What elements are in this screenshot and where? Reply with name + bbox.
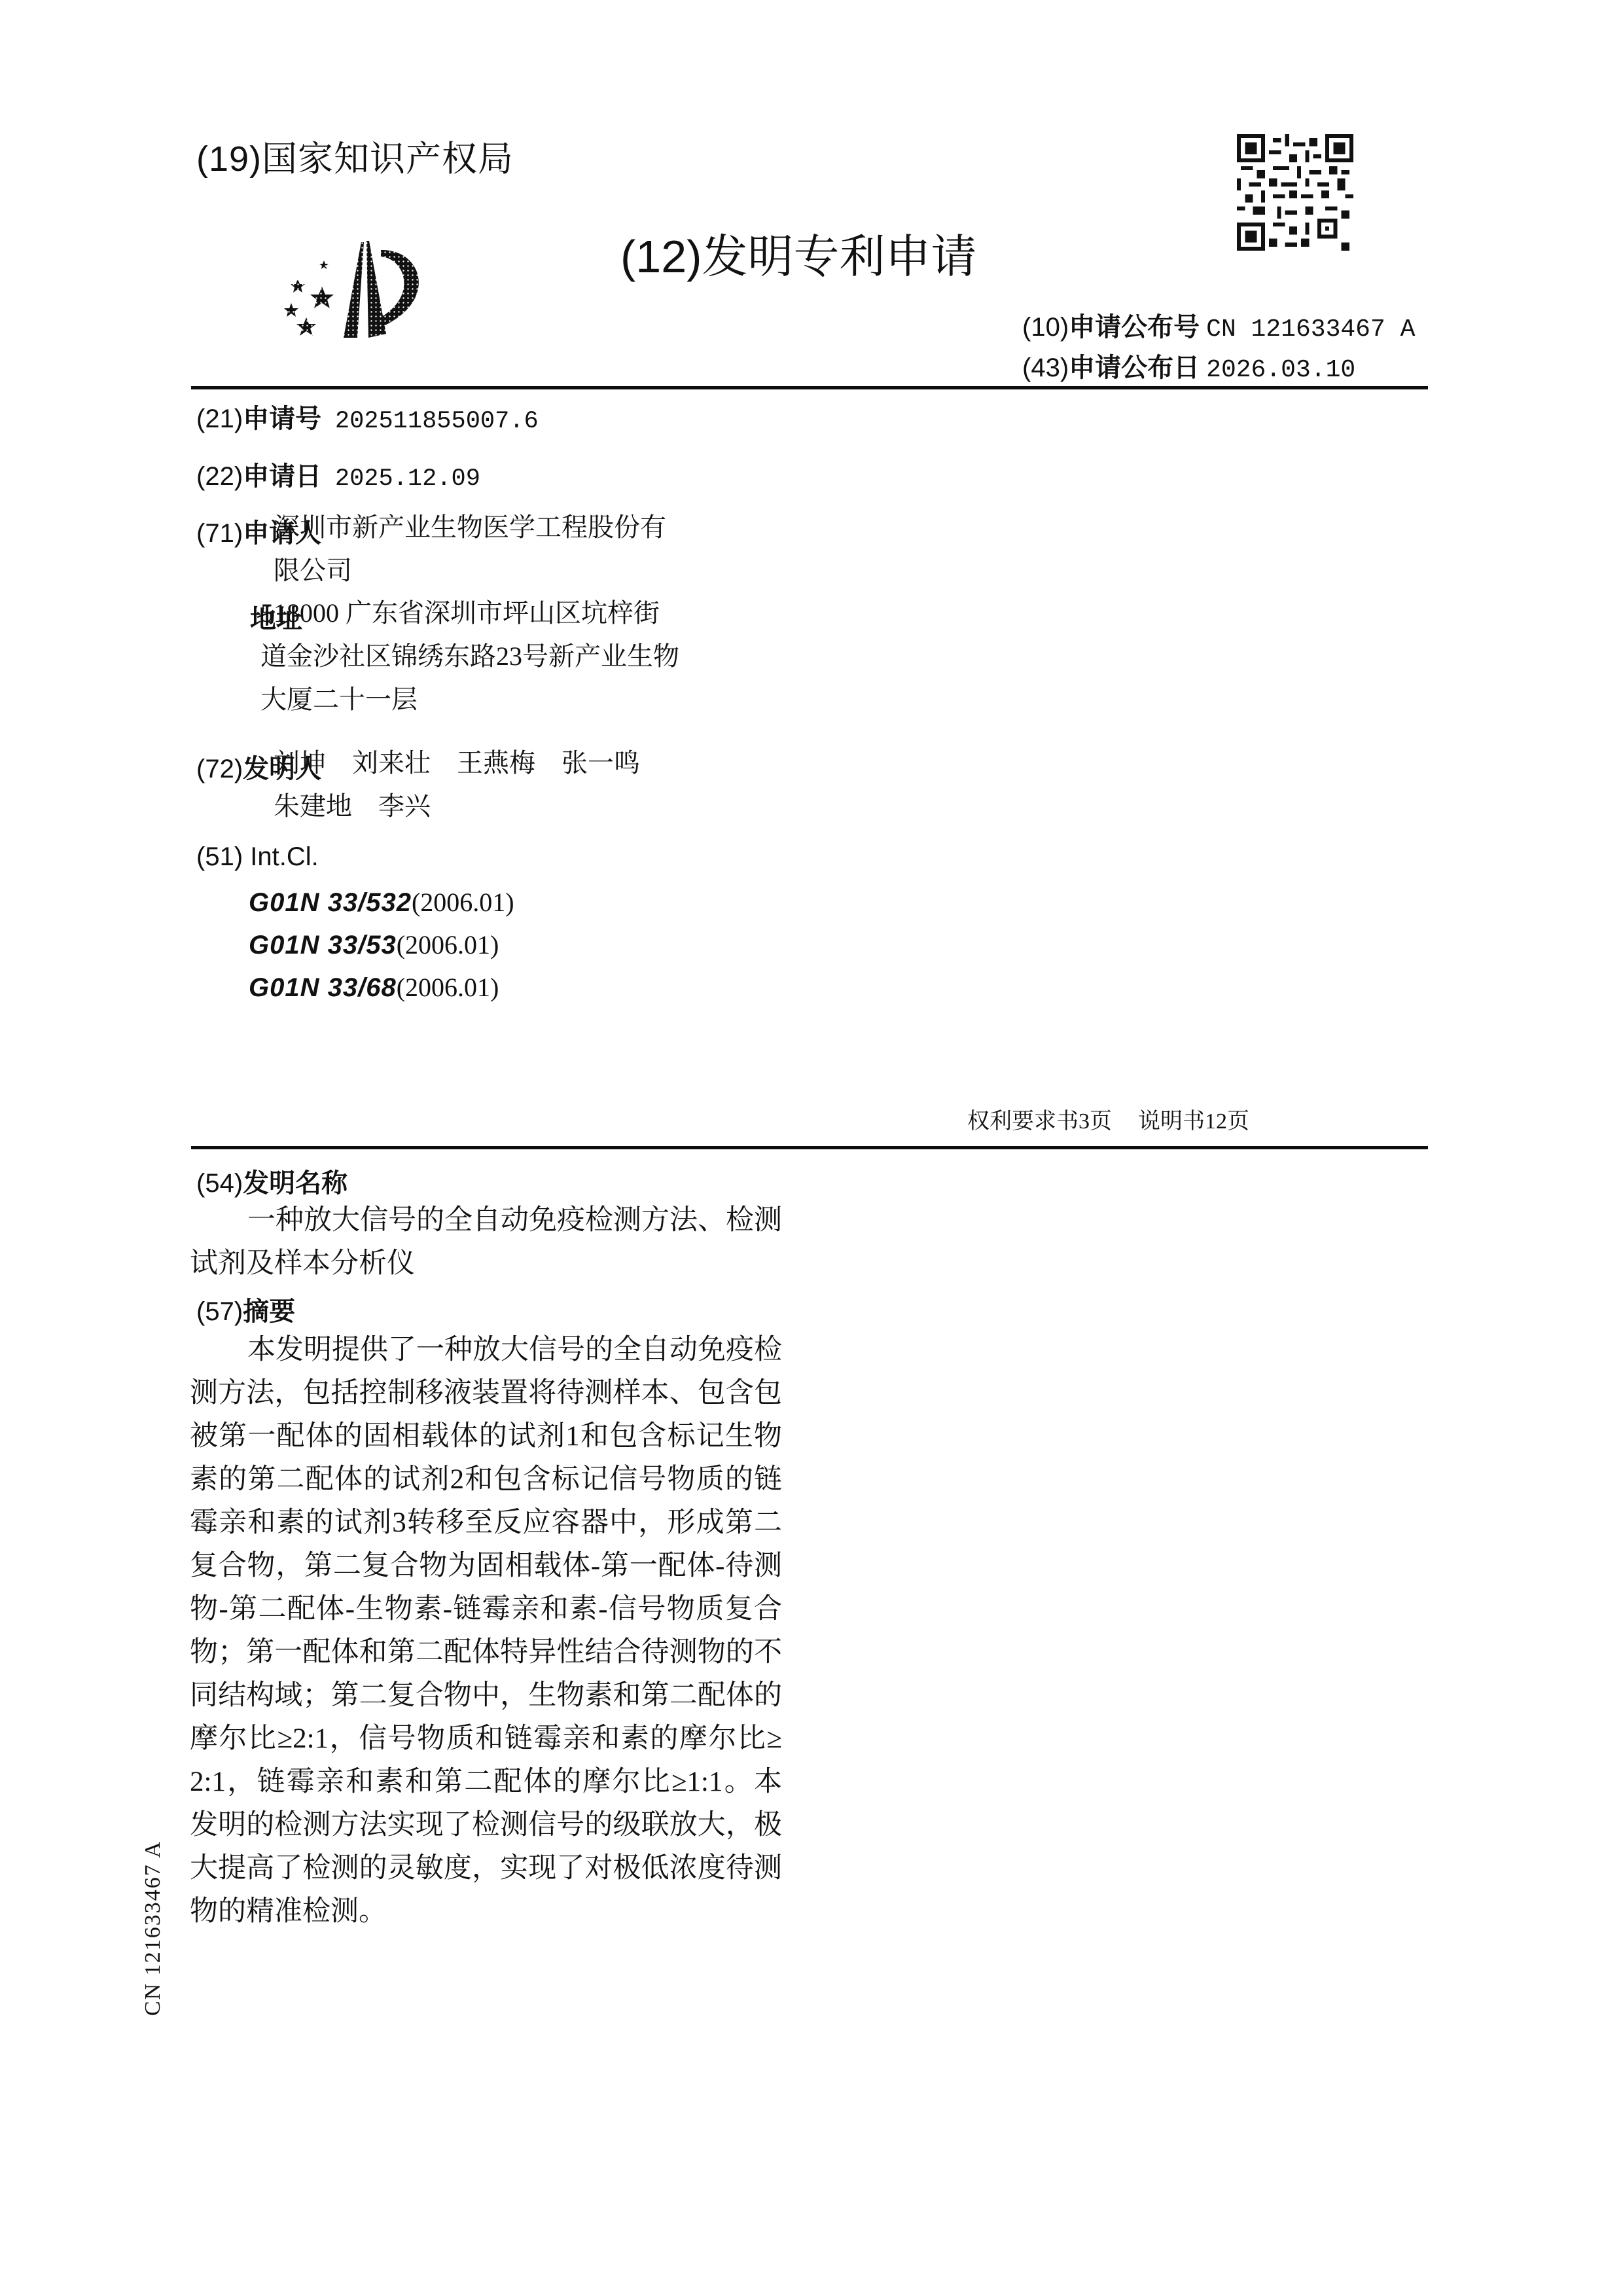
address-line: 大厦二十一层 <box>260 678 679 721</box>
doc-type-code: (12) <box>620 231 702 282</box>
publication-number-value: CN 121633467 A <box>1206 315 1415 344</box>
header-divider <box>191 386 1428 389</box>
ipc-class-code: G01N 33/68 <box>249 973 397 1002</box>
publication-number-label: 申请公布号 <box>1069 313 1200 342</box>
ipc-version: (2006.01) <box>397 930 499 960</box>
inventor-line: 朱建地 李兴 <box>274 785 640 828</box>
publication-date-label: 申请公布日 <box>1069 353 1200 382</box>
ipc-version: (2006.01) <box>412 888 514 917</box>
description-page-count: 说明书12页 <box>1138 1109 1249 1134</box>
ipc-item: G01N 33/532(2006.01) <box>249 887 514 918</box>
applicant-line: 限公司 <box>274 549 666 592</box>
abstract-label: 摘要 <box>243 1297 295 1326</box>
application-number-row: (21)申请号 202511855007.6 <box>196 398 539 435</box>
application-number-label: 申请号 <box>243 404 321 433</box>
title-code: (54) <box>196 1169 243 1198</box>
ipc-item: G01N 33/53(2006.01) <box>249 929 499 960</box>
issuing-office: (19)国家知识产权局 <box>196 131 514 181</box>
ipc-class-code: G01N 33/532 <box>249 888 412 917</box>
document-type: (12)发明专利申请 <box>620 220 976 286</box>
publication-number-code: (10) <box>1022 313 1069 342</box>
application-date-row: (22)申请日 2025.12.09 <box>196 456 480 493</box>
ipc-version: (2006.01) <box>397 973 499 1002</box>
applicant-code: (71) <box>196 519 243 548</box>
page-counts: 权利要求书3页说明书12页 <box>967 1103 1249 1135</box>
address-line: 518000 广东省深圳市坪山区坑梓街 <box>260 592 679 635</box>
side-publication-number: CN 121633467 A <box>141 1840 166 2016</box>
publication-date-code: (43) <box>1022 353 1069 382</box>
abstract-code: (57) <box>196 1297 243 1326</box>
applicant-name: 深圳市新产业生物医学工程股份有 限公司 <box>274 506 666 592</box>
office-name: 国家知识产权局 <box>262 139 514 179</box>
publication-number-row: (10)申请公布号CN 121633467 A <box>1022 306 1415 344</box>
inventor-line: 刘坤 刘来壮 王燕梅 张一鸣 <box>274 742 640 785</box>
application-date-label: 申请日 <box>243 462 321 491</box>
title-label: 发明名称 <box>243 1169 348 1198</box>
cnipa-logo-icon <box>268 223 425 347</box>
ipc-heading: (51) Int.Cl. <box>196 842 319 872</box>
application-date-value: 2025.12.09 <box>335 465 480 493</box>
invention-title: 一种放大信号的全自动免疫检测方法、检测试剂及样本分析仪 <box>190 1199 782 1285</box>
publication-date-value: 2026.03.10 <box>1206 356 1355 384</box>
application-number-value: 202511855007.6 <box>335 408 539 435</box>
ipc-label: Int.Cl. <box>250 842 318 871</box>
publication-date-row: (43)申请公布日2026.03.10 <box>1022 347 1355 384</box>
title-heading: (54)发明名称 <box>196 1162 348 1200</box>
application-date-code: (22) <box>196 462 243 491</box>
address-value: 518000 广东省深圳市坪山区坑梓街 道金沙社区锦绣东路23号新产业生物 大厦… <box>260 592 679 721</box>
claims-page-count: 权利要求书3页 <box>967 1109 1112 1134</box>
applicant-line: 深圳市新产业生物医学工程股份有 <box>274 506 666 549</box>
ipc-item: G01N 33/68(2006.01) <box>249 972 499 1003</box>
doc-type-label: 发明专利申请 <box>702 231 976 282</box>
inventors-code: (72) <box>196 755 243 783</box>
abstract-text: 本发明提供了一种放大信号的全自动免疫检测方法，包括控制移液装置将待测样本、包含包… <box>190 1329 782 1933</box>
inventors-value: 刘坤 刘来壮 王燕梅 张一鸣 朱建地 李兴 <box>274 742 640 828</box>
address-line: 道金沙社区锦绣东路23号新产业生物 <box>260 635 679 678</box>
section-divider <box>191 1146 1428 1149</box>
abstract-heading: (57)摘要 <box>196 1291 295 1328</box>
ipc-code: (51) <box>196 842 243 871</box>
ipc-class-code: G01N 33/53 <box>249 931 397 960</box>
qr-code-icon <box>1237 134 1353 251</box>
application-number-code: (21) <box>196 404 243 433</box>
office-code: (19) <box>196 139 262 179</box>
